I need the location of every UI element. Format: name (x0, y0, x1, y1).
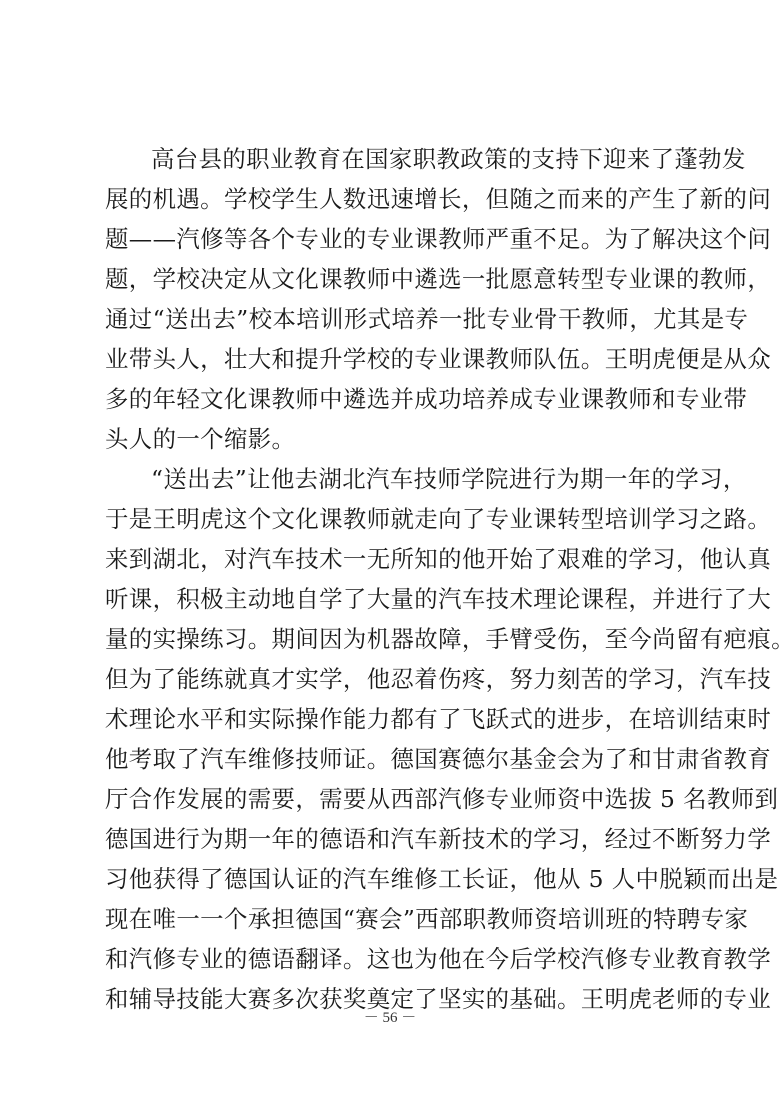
document-page: 高台县的职业教育在国家职教政策的支持下迎来了蓬勃发 展的机遇。学校学生人数迅速增… (0, 0, 780, 1103)
page-number: － 56 － (0, 1006, 780, 1027)
text-line: 德国进行为期一年的德语和汽车新技术的学习，经过不断努力学 (105, 819, 700, 859)
text-line: 术理论水平和实际操作能力都有了飞跃式的进步，在培训结束时 (105, 699, 700, 739)
text-line: 厅合作发展的需要，需要从西部汽修专业师资中选拔 5 名教师到 (105, 779, 700, 819)
text-line: 多的年轻文化课教师中遴选并成功培养成专业课教师和专业带 (105, 379, 700, 419)
text-line: 来到湖北，对汽车技术一无所知的他开始了艰难的学习，他认真 (105, 539, 700, 579)
text-line: 题，学校决定从文化课教师中遴选一批愿意转型专业课的教师， (105, 259, 700, 299)
text-line: 现在唯一一个承担德国“赛会”西部职教师资培训班的特聘专家 (105, 899, 700, 939)
text-line: 他考取了汽车维修技师证。德国赛德尔基金会为了和甘肃省教育 (105, 739, 700, 779)
text-line: 听课，积极主动地自学了大量的汽车技术理论课程，并进行了大 (105, 579, 700, 619)
text-line: “送出去”让他去湖北汽车技师学院进行为期一年的学习， (105, 459, 700, 499)
text-line: 通过“送出去”校本培训形式培养一批专业骨干教师，尤其是专 (105, 299, 700, 339)
body-text: 高台县的职业教育在国家职教政策的支持下迎来了蓬勃发 展的机遇。学校学生人数迅速增… (105, 139, 700, 1019)
text-line: 展的机遇。学校学生人数迅速增长，但随之而来的产生了新的问 (105, 179, 700, 219)
text-line: 和汽修专业的德语翻译。这也为他在今后学校汽修专业教育教学 (105, 939, 700, 979)
text-line: 头人的一个缩影。 (105, 419, 700, 459)
text-line: 习他获得了德国认证的汽车维修工长证，他从 5 人中脱颖而出是 (105, 859, 700, 899)
text-line: 题——汽修等各个专业的专业课教师严重不足。为了解决这个问 (105, 219, 700, 259)
text-line: 业带头人，壮大和提升学校的专业课教师队伍。王明虎便是从众 (105, 339, 700, 379)
text-line: 于是王明虎这个文化课教师就走向了专业课转型培训学习之路。 (105, 499, 700, 539)
text-line: 但为了能练就真才实学，他忍着伤疼，努力刻苦的学习，汽车技 (105, 659, 700, 699)
text-line: 量的实操练习。期间因为机器故障，手臂受伤，至今尚留有疤痕。 (105, 619, 700, 659)
text-line: 高台县的职业教育在国家职教政策的支持下迎来了蓬勃发 (105, 139, 700, 179)
